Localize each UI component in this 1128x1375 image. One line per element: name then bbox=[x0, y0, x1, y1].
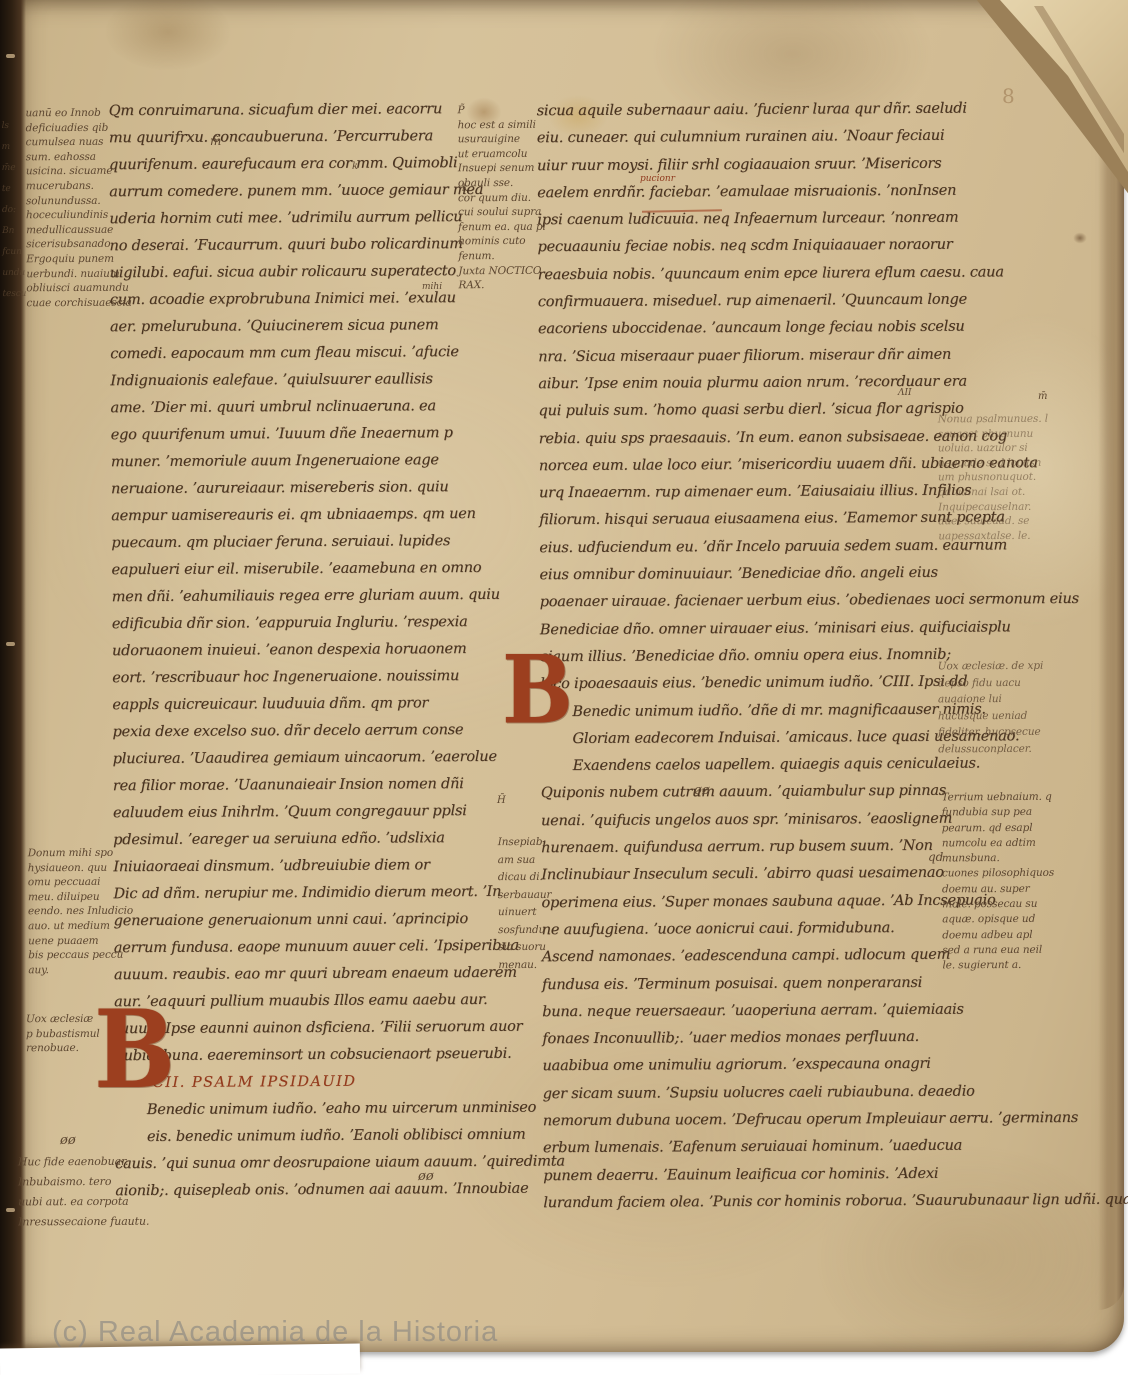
text-line: comedi. eapocaum mm cum fleau miscui. ʼa… bbox=[110, 339, 506, 368]
text-line: eius omnibur dominuuiaur. ʼBenediciae dñ… bbox=[539, 560, 935, 590]
text-line: ipsi caenum ludicuuia. neq Infeaernum lu… bbox=[537, 205, 933, 235]
text-line: aquæ. opisque ud bbox=[942, 912, 1082, 928]
text-line: fundusa eis. ʼTerminum posuisai. quem no… bbox=[542, 969, 938, 999]
text-line: aibur. ʼIpse enim nouia plurmu aaion nru… bbox=[538, 369, 934, 399]
text-line: Insuepi senum bbox=[458, 161, 556, 176]
text-line: Uox æclesiæ bbox=[26, 1012, 114, 1027]
text-line: bis peccaus peccu bbox=[28, 948, 120, 963]
text-line: medullicaussuae bbox=[26, 222, 122, 237]
text-line: uiur ruur moysi. filiir srhl cogiaauaion… bbox=[537, 150, 933, 180]
interlinear-mihi: mihi bbox=[422, 282, 442, 292]
text-line: eendo. nes Inludicio bbox=[28, 904, 120, 919]
binding-stitch bbox=[6, 54, 15, 58]
text-line: poaenaer uirauae. facienaer uerbum eius.… bbox=[540, 587, 936, 617]
k-correction-mark: k bbox=[462, 184, 468, 194]
text-line: uapessaxtalse. le. bbox=[938, 528, 1068, 543]
text-line: hucusque ueniad bbox=[938, 707, 1078, 724]
theta-theta-siglum: øø bbox=[418, 1172, 434, 1182]
gloss-left-top: uanū eo Innobdeficiuadies qibcumulsea nu… bbox=[25, 106, 122, 311]
text-line: dicau di. bbox=[498, 869, 558, 887]
text-line: eiu. cuneaer. qui culumnium rurainen aiu… bbox=[537, 123, 933, 153]
text-line: uaabibua ome unimuliu agriorum. ʼexspeca… bbox=[542, 1051, 938, 1081]
text-line: Benedic unimum iudño. ʼdñe di mr. magnif… bbox=[540, 696, 936, 726]
text-line: cauis. ʼqui sunua omr deosrupaione uiaum… bbox=[115, 1149, 511, 1178]
manuscript-photo: Qm conruimaruna. sicuafum dier mei. eaco… bbox=[0, 0, 1128, 1375]
text-line: do: bbox=[2, 200, 22, 221]
text-line: usicina. sicuame bbox=[26, 164, 122, 179]
m-bar-siglum: m̄ bbox=[1038, 392, 1047, 402]
text-line: cuae corchisuaescia bbox=[26, 295, 122, 310]
text-line: filiorum. hisqui seruaua eiusaamena eius… bbox=[539, 505, 935, 535]
gloss-binding-fragments: lsmm̄etedo:Bnfcunundutescu bbox=[2, 116, 23, 305]
main-text-column-right: sicua aquile subernaaur aaiu. ʼfucienr l… bbox=[537, 96, 940, 1218]
text-line: Inbubaismo. tero bbox=[18, 1172, 173, 1193]
text-line: pexia dexe excelso suo. dñr decelo aerru… bbox=[112, 717, 508, 746]
text-line: nra. ʼSicua miseraaur puaer filiorum. mi… bbox=[538, 341, 934, 371]
text-line: Qm conruimaruna. sicuafum dier mei. eaco… bbox=[109, 96, 505, 125]
text-line: cumulsea nuas bbox=[26, 135, 122, 150]
text-line: erbum lumenais. ʼEafenum seruiauai homin… bbox=[543, 1133, 939, 1163]
text-line: eapulueri eiur eil. miserubile. ʼeaamebu… bbox=[111, 555, 507, 584]
text-line: doemu au. super bbox=[942, 881, 1082, 897]
text-line: eacoriens uboccidenae. ʼauncaum longe fe… bbox=[538, 314, 934, 344]
text-line: menau. bbox=[498, 956, 558, 974]
text-line: ciaum illius. ʼBenediciae dño. omniu ope… bbox=[540, 642, 936, 672]
text-line: pluciurea. ʼUaaudirea gemiaum uincaorum.… bbox=[113, 744, 509, 773]
text-line: men dñi. ʼeahumiliauis regea erre gluria… bbox=[112, 582, 508, 611]
text-line: muner. ʼmemoriule auum Ingeneruaione eag… bbox=[111, 447, 507, 476]
text-line: Ergoquiu punem bbox=[26, 252, 122, 267]
text-line: solunundussa. bbox=[26, 193, 122, 208]
text-line: eius. udfuciendum eu. ʼdñr Incelo paruui… bbox=[539, 533, 935, 563]
text-line: te bbox=[2, 179, 22, 200]
text-line: generuaione generuaionum unni caui. ʼapr… bbox=[114, 906, 510, 935]
text-line: eort. ʼrescribuaur hoc Ingeneruaione. no… bbox=[112, 663, 508, 692]
text-line: ger sicam suum. ʼSupsiu uolucres caeli r… bbox=[543, 1078, 939, 1108]
text-line: Inresussecaione fuautu. bbox=[18, 1212, 173, 1233]
text-line: deficiuadies qib bbox=[26, 120, 122, 135]
text-line: ame. ʼDier mi. quuri umbrul nclinuaeruna… bbox=[110, 393, 506, 422]
copyright-watermark: (c) Real Academia de la Historia bbox=[52, 1316, 498, 1349]
text-line: hysiaueon. quu bbox=[28, 860, 120, 875]
text-line: uoluia. uazulor si bbox=[938, 441, 1068, 456]
theta-theta-siglum: øø bbox=[60, 1136, 76, 1146]
text-line: punem deaerru. ʼEauinum leaificua cor ho… bbox=[543, 1160, 939, 1190]
text-line: reaesbuia nobis. ʼquuncaum enim epce liu… bbox=[538, 260, 934, 290]
text-line: udoruaonem inuieui. ʼeanon despexia horu… bbox=[112, 636, 508, 665]
text-line: Benediciae dño. omner uirauaer eius. ʼmi… bbox=[540, 614, 936, 644]
interlinear-correction: pucionr bbox=[640, 174, 675, 184]
text-line: cum. acoadie exprobrubuna Inimici mei. ʼ… bbox=[110, 285, 506, 314]
text-line: mu quurifrxu. concaubueruna. ʼPercurrube… bbox=[109, 123, 505, 152]
text-line: numcolu ea adtim bbox=[942, 836, 1082, 852]
gloss-left-bottom: Huc fide eaenobuar.Inbubaismo. terouubi … bbox=[18, 1152, 173, 1233]
text-line: neruaione. ʼaurureiaaur. misereberis sio… bbox=[111, 474, 507, 503]
text-line: am sua bbox=[498, 851, 558, 869]
text-line: Quiponis nubem cutrum aauum. ʼquiambulur… bbox=[541, 778, 937, 808]
text-line: sauacet phusnunu bbox=[938, 426, 1068, 441]
text-line: obauli sse. bbox=[458, 176, 556, 191]
gloss-left-initial: Uox æclesiæp bubastismulrenobuae. bbox=[26, 1012, 114, 1056]
text-line: fonaes Inconuullib;. ʼuaer medios monaes… bbox=[542, 1024, 938, 1054]
gloss-right-2: Uox æclesiæ. de xpidepso fidu uacuauaaio… bbox=[938, 658, 1079, 758]
text-line: uubi aut. ea corpota bbox=[18, 1192, 173, 1213]
binding-stitch bbox=[6, 1208, 15, 1212]
text-line: undu bbox=[2, 263, 22, 284]
text-line: aurrum comedere. punem mm. ʼuuoce gemiau… bbox=[109, 177, 505, 206]
text-line: eaelem enrdñr. faciebar. ʼeamulaae misru… bbox=[537, 178, 933, 208]
text-line: p bubastismul bbox=[26, 1026, 114, 1041]
text-line: m̄e bbox=[2, 158, 22, 179]
text-line: rea filior morae. ʼUaanunaieair Insion n… bbox=[113, 771, 509, 800]
k-correction-mark: k bbox=[352, 162, 358, 172]
text-line: eis. benedic unimum iudño. ʼEanoli oblib… bbox=[115, 1122, 511, 1151]
gloss-left-middle: Donum mihi spohysiaueon. quuomu peccuaai… bbox=[28, 846, 121, 978]
text-line: hurenaem. quifundusa aerrum. rup busem s… bbox=[541, 833, 937, 863]
text-line: uderia hornim cuti mee. ʼudrimilu aurrum… bbox=[109, 204, 505, 233]
text-line: edificubia dñr sion. ʼeappuruia Ingluriu… bbox=[112, 609, 508, 638]
h-bar-siglum: H̄ bbox=[497, 796, 506, 806]
text-line: aerrum fundusa. eaope munuum auuer celi.… bbox=[114, 933, 510, 962]
text-line: Juxta NOCTICO bbox=[458, 263, 556, 278]
text-line: rebia. quiu sps praesaauis. ʼIn eum. ean… bbox=[539, 423, 935, 453]
text-line: meu. diluipeu bbox=[28, 890, 120, 905]
gloss-gutter-top: P̃hoc est a similiusurauigineut eruamcol… bbox=[458, 103, 557, 293]
text-line: uerbundi. nuaium bbox=[26, 266, 122, 281]
lambda-siglum: ΛII bbox=[898, 388, 912, 398]
text-line: doemu adbeu apl bbox=[942, 927, 1082, 943]
text-line: cor quum diu. bbox=[458, 190, 556, 205]
text-line: operimena eius. ʼSuper monaes saubuna aq… bbox=[541, 887, 937, 917]
text-line: cuones pilosophiquos bbox=[942, 866, 1082, 882]
text-line: aer. pmelurubuna. ʼQuiucinerem sicua pun… bbox=[110, 312, 506, 341]
text-line: sosfundu bbox=[498, 921, 558, 939]
text-line: um phusnonuquot. bbox=[938, 470, 1068, 485]
gloss-right-3: Terrium uebnaium. qfundubia sup peapearu… bbox=[942, 790, 1083, 974]
text-line: uenai. ʼquifucis ungelos auos spr. ʼmini… bbox=[541, 806, 937, 836]
text-line: Ascend namonaes. ʼeadescenduna campi. ud… bbox=[542, 942, 938, 972]
text-line: loco ipoaesaauis eius. ʼbenedic unimum i… bbox=[540, 669, 936, 699]
text-line: fideliter. hucpsecue bbox=[938, 724, 1078, 741]
text-line: uigilubi. eafui. sicua aubir rolicauru s… bbox=[110, 258, 506, 287]
text-line: Gloriam eadecorem Induisai. ʼamicaus. lu… bbox=[540, 724, 936, 754]
text-line: neguade sed locusn bbox=[938, 455, 1068, 470]
text-line: no deserai. ʼFucaurrum. quuri bubo rolic… bbox=[109, 231, 505, 260]
text-line: mole. possecau su bbox=[942, 897, 1082, 913]
text-line: ut eruamcolu bbox=[458, 147, 556, 162]
text-line: Uox æclesiæ. de xpi bbox=[938, 658, 1078, 675]
text-line: fenum ea. qua pi bbox=[458, 219, 556, 234]
text-line: hominis cuto bbox=[458, 234, 556, 249]
text-line: ego quurifenum umui. ʼIuuum dñe Ineaernu… bbox=[111, 420, 507, 449]
gloss-gutter-middle: Insepiab;am suadicau di.serbauauruinuert… bbox=[498, 834, 559, 974]
text-line: mucerubans. bbox=[26, 179, 122, 194]
text-line: aionib;. quisepleab onis. ʼodnumen aai a… bbox=[115, 1176, 511, 1205]
m-tilde-siglum: m̃ bbox=[210, 136, 221, 146]
text-line: hoceculiundinis bbox=[26, 208, 122, 223]
text-line: puecaum. qm pluciaer feruna. seruiaui. l… bbox=[111, 528, 507, 557]
text-line: norcea eum. ulae loco eiur. ʼmisericordi… bbox=[539, 451, 935, 481]
text-line: serbauaur bbox=[498, 886, 558, 904]
binding-stitch bbox=[6, 642, 15, 646]
text-line: Bn bbox=[2, 221, 22, 242]
text-line: Nonua psalmunues. l bbox=[938, 412, 1068, 427]
text-line: Huc fide eaenobuar. bbox=[18, 1152, 173, 1173]
text-line: Insepiab; bbox=[498, 834, 558, 852]
text-line: cui soului supra bbox=[458, 205, 556, 220]
text-line: sicua aquile subernaaur aaiu. ʼfucienr l… bbox=[537, 96, 933, 126]
text-line: P̃ bbox=[458, 103, 556, 118]
text-line: uinuert bbox=[498, 904, 558, 922]
text-line: uanū eo Innob bbox=[25, 106, 121, 121]
text-line: sed a runa eua neil bbox=[942, 943, 1082, 959]
text-line: delussuconplacer. bbox=[938, 740, 1078, 757]
text-line: usurauigine bbox=[458, 132, 556, 147]
text-line: Inclinubiaur Inseculum seculi. ʼabirro q… bbox=[541, 860, 937, 890]
text-line: auy. bbox=[28, 963, 120, 978]
text-line: fenum. bbox=[458, 249, 556, 264]
text-line: sia suoru bbox=[498, 939, 558, 957]
text-line: quurifenum. eaurefucaum era cor mm. Quim… bbox=[109, 150, 505, 179]
text-line: renobuae. bbox=[26, 1041, 114, 1056]
text-line: sicerisubsanado. bbox=[26, 237, 122, 252]
text-line: Indignuaionis ealefaue. ʼquiulsuurer eau… bbox=[110, 366, 506, 395]
text-line: ne auufugiena. ʼuoce aonicrui caui. form… bbox=[542, 915, 938, 945]
text-line: omu peccuaai bbox=[28, 875, 120, 890]
text-line: qd udinai lsai ot. bbox=[938, 485, 1068, 500]
text-line: Terrium uebnaium. q bbox=[942, 790, 1082, 806]
text-line: ls bbox=[2, 116, 22, 137]
text-line: aempur uamisereauris ei. qm ubniaaemps. … bbox=[111, 501, 507, 530]
decorated-initial-B-right: B bbox=[502, 643, 573, 737]
text-line: depso fidu uacu bbox=[938, 674, 1078, 691]
text-line: sum. eahossa bbox=[26, 150, 122, 165]
text-line: auo. ut medium bbox=[28, 919, 120, 934]
qd-siglum: qd bbox=[928, 852, 943, 862]
text-line: auaaione lui bbox=[938, 691, 1078, 708]
text-line: Dic ad dñm. nerupiur me. Indimidio dieru… bbox=[113, 879, 509, 908]
text-line: urq Inaeaernm. rup aimenaer eum. ʼEaiusa… bbox=[539, 478, 935, 508]
text-line: fundubia sup pea bbox=[942, 805, 1082, 821]
text-line: obliuisci auamundu bbox=[26, 281, 122, 296]
text-line: Inquipecauselnar. bbox=[938, 499, 1068, 514]
text-line: confirmuauera. miseduel. rup aimenaeril.… bbox=[538, 287, 934, 317]
text-line: fcun bbox=[2, 242, 22, 263]
text-line: buna. neque reuersaeaur. ʼuaoperiuna aer… bbox=[542, 997, 938, 1027]
text-line: RAX. bbox=[458, 278, 556, 293]
text-line: tescu bbox=[2, 284, 22, 305]
theta-theta-siglum: øø bbox=[694, 786, 710, 796]
text-line: uene puaaem bbox=[28, 933, 120, 948]
text-line: auet suuleaad. se bbox=[938, 514, 1068, 529]
text-line: auuum. reaubis. eao mr quuri ubream enae… bbox=[114, 960, 510, 989]
folio-number: 8 bbox=[1002, 84, 1015, 108]
gloss-right-1: Nonua psalmunues. lsauacet phusnunuuolui… bbox=[938, 412, 1069, 544]
text-line: pearum. qd esapl bbox=[942, 820, 1082, 836]
text-line: Iniuiaoraeai dinsmum. ʼudbreuiubie diem … bbox=[113, 852, 509, 881]
text-line: lurandum faciem olea. ʼPunis cor hominis… bbox=[543, 1188, 939, 1218]
text-line: le. sugierunt a. bbox=[942, 958, 1082, 974]
text-line: pdesimul. ʼeareger ua seruiuna edño. ʼud… bbox=[113, 825, 509, 854]
text-line: eappls quicreuicaur. luuduuia dñm. qm pr… bbox=[112, 690, 508, 719]
text-line: nemorum dubuna uocem. ʼDefrucau operum I… bbox=[543, 1106, 939, 1136]
page-stack-edge bbox=[1098, 120, 1124, 1310]
text-line: qui puluis sum. ʼhomo quasi serbu dierl.… bbox=[538, 396, 934, 426]
text-line: Donum mihi spo bbox=[28, 846, 120, 861]
text-line: munsbuna. bbox=[942, 851, 1082, 867]
text-line: pecuaauniu feciae nobis. neq scdm Iniqui… bbox=[537, 232, 933, 262]
text-line: Exaendens caelos uapellem. quiaegis aqui… bbox=[541, 751, 937, 781]
text-line: hoc est a simili bbox=[458, 117, 556, 132]
text-line: ealuudem eius Inihrlm. ʼQuum congregauur… bbox=[113, 798, 509, 827]
text-line: m bbox=[2, 137, 22, 158]
